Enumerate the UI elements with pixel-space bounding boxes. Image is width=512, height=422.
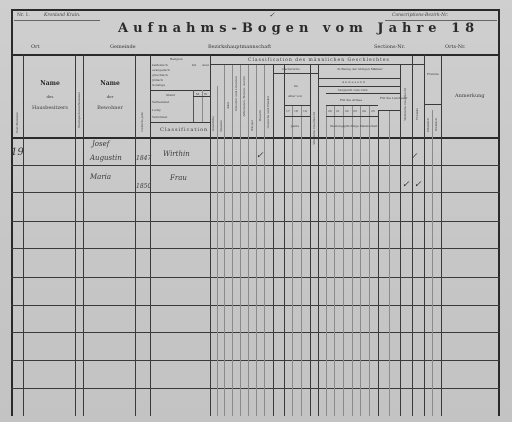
header-jahre: Jahre [291, 124, 299, 128]
age-col-2: 22 [345, 109, 349, 113]
religion-row: griechisch [152, 73, 168, 77]
stand-block-bottom [150, 122, 210, 123]
classification-band-line [210, 64, 424, 65]
header-fremde-sub: Fremde [427, 72, 439, 76]
col-line [23, 55, 24, 416]
religion-row: jüdisch [152, 78, 163, 82]
col-line [150, 55, 151, 416]
thin-col-line [256, 64, 257, 416]
religion-subcol-inl: Inl. [192, 63, 197, 67]
header-fremde-weiblich: Weiblich [434, 118, 438, 131]
subheader-line [326, 93, 400, 94]
header-nachwuchs: Nachwuchs [282, 67, 300, 71]
religion-row: evangelisch [152, 68, 170, 72]
age-col: 19 [303, 109, 307, 113]
header-zuwachs: In Bezug der übrigen Männer [322, 67, 398, 71]
thin-col-line [369, 105, 370, 416]
age-col-2: 20 [328, 109, 332, 113]
thin-col-line [264, 64, 265, 416]
header-name-bewohner-3: Bewohner [86, 105, 134, 111]
header-underline-left [14, 20, 100, 21]
row2-bewohner: Maria [90, 173, 111, 181]
row1-bewohner-line1: Josef [92, 140, 109, 148]
subheader-line [273, 73, 318, 74]
thin-col-line [232, 64, 233, 416]
col-line [210, 55, 211, 416]
row1-geburts-jahr: 1847 [136, 155, 151, 162]
religion-block-bottom [150, 90, 210, 91]
row1-check-mark: ✓ [256, 151, 264, 161]
header-name-hausbesitzer-3: Hausbesitzers [25, 105, 75, 111]
label-ort: Ort [31, 44, 40, 50]
label-bezirkshauptmannschaft: Bezirkshauptmannschaft [208, 44, 271, 50]
header-wohnparteien: Wohnparteien-Nummer [77, 92, 81, 128]
col-line [310, 64, 311, 416]
age-col-2: 25 [371, 109, 375, 113]
col-line [424, 55, 425, 416]
row2-geburts-jahr: 1850 [136, 183, 151, 190]
thin-col-line [360, 105, 361, 416]
row1-check-mark: ✓ [410, 152, 418, 162]
header-fuer-armee: Für die Armee [340, 98, 362, 102]
header-alter-von: Alter von [288, 94, 302, 98]
label-orts-nr: Orts-Nr. [445, 44, 466, 50]
conscription-district: Conscriptions-Bezirk-Nr. [392, 13, 448, 18]
frame-top [11, 9, 500, 11]
class-col-label: Geistliche [211, 116, 215, 131]
subheader-line [318, 78, 400, 79]
header-anwesend: Anwesend [342, 80, 366, 84]
subheader-line [284, 116, 310, 117]
subheader-line [424, 104, 441, 105]
stand-block-divider [193, 90, 194, 122]
thin-col-line [224, 64, 225, 416]
class-col-label: Künstler und Literaten [234, 76, 238, 111]
stand-block-divider [202, 90, 203, 122]
header-stellungspflichtig: Stellungspflichtige Mannschaft [330, 124, 378, 128]
frame-left [11, 9, 13, 416]
age-col-2: 23 [353, 109, 357, 113]
thin-col-line [217, 86, 218, 416]
header-fremde-maennlich: Männlich [426, 118, 430, 132]
header-im: Im [294, 84, 298, 88]
religion-row: katholisch [152, 63, 168, 67]
religion-row: Sonstige [152, 83, 165, 87]
stand-row: Verheiratet [152, 100, 169, 104]
col-line [135, 55, 136, 416]
table-top-line [11, 54, 500, 56]
col-line [75, 55, 76, 416]
row1-classification: Wirthin [163, 150, 190, 158]
stand-title: Stand [166, 93, 175, 97]
stand-block-subline [193, 96, 210, 97]
stand-subcol-m: M. [196, 92, 200, 96]
census-form-sheet: Nr. 1. Kronland Krain. Conscriptions-Bez… [0, 0, 512, 422]
header-name-bewohner-2: der [86, 94, 134, 99]
header-geburts-jahr: Geburts-Jahr [140, 112, 144, 132]
crown-land: Kronland Krain. [44, 13, 80, 18]
row1-bewohner-line2: Augustin [90, 154, 122, 162]
header-classification: Classification [160, 127, 208, 133]
class-col-label: Beamte [219, 120, 223, 132]
thin-col-line [240, 64, 241, 416]
class-col-label: Advokaten, Notare, Aerzte [242, 76, 246, 117]
subheader-line [326, 105, 378, 106]
stand-row: Verwitwet [152, 115, 167, 119]
header-name-hausbesitzer-2: des [27, 94, 73, 99]
header-name-hausbesitzer-1: Name [27, 80, 73, 87]
subheader-line [318, 86, 400, 87]
thin-col-line [389, 110, 390, 416]
col-line [412, 55, 413, 416]
col-line [318, 64, 319, 416]
col-line [83, 55, 84, 416]
title-check-mark: ✓ [269, 11, 275, 19]
class-col-label: Bauern [258, 110, 262, 121]
stand-row: Ledig [152, 108, 161, 112]
thin-col-line [343, 105, 344, 416]
frame-right [498, 9, 500, 416]
religion-subcol-ausl: Ausl. [202, 63, 210, 67]
label-sections-nr: Sections-Nr. [374, 44, 405, 50]
age-col: 18 [294, 109, 298, 113]
header-weiblich: Weibliche Geschlecht [403, 88, 407, 121]
header-vergleich: Vergleich zum Civil [338, 88, 367, 92]
age-col-2: 21 [336, 109, 340, 113]
subheader-line [326, 116, 378, 117]
age-col: 17 [286, 109, 290, 113]
label-gemeinde: Gemeinde [110, 44, 136, 50]
religion-title: Religion [170, 57, 183, 61]
row1-post-nummer: 19 [11, 147, 24, 158]
subheader-line [284, 105, 310, 106]
col-line [378, 110, 379, 416]
thin-col-line [334, 105, 335, 416]
header-post-nummer: Post-Nummer [15, 112, 19, 133]
form-number: Nr. 1. [17, 13, 30, 18]
row2-classification: Frau [170, 174, 187, 182]
thin-col-line [301, 105, 302, 416]
row2-check-mark: ✓ [402, 180, 410, 190]
row2-check-mark: ✓ [414, 180, 422, 190]
subheader-line [378, 110, 400, 111]
thin-col-line [292, 105, 293, 416]
thin-col-line [326, 105, 327, 416]
col-line [273, 64, 274, 416]
col-line [441, 55, 442, 416]
thin-col-line [352, 105, 353, 416]
class-col-label: Bürger [250, 120, 254, 131]
class-col-label: Gewerbe und Handel [266, 96, 270, 128]
class-col-label: Adel [226, 102, 230, 109]
classification-main-title: Classification des männlichen Geschlecht… [248, 58, 390, 63]
age-col-2: 24 [362, 109, 366, 113]
thin-col-line [248, 64, 249, 416]
col-line [400, 64, 401, 416]
stand-subcol-w: W. [204, 92, 208, 96]
header-fremde: Fremde [415, 108, 419, 120]
header-anmerkung: Anmerkung [455, 93, 485, 99]
header-geschlecht: Weibliche Geschlecht [312, 112, 316, 145]
header-name-bewohner-1: Name [86, 80, 134, 87]
thin-col-line [432, 110, 433, 416]
form-title: Aufnahms-Bogen vom Jahre 18 [118, 21, 479, 36]
